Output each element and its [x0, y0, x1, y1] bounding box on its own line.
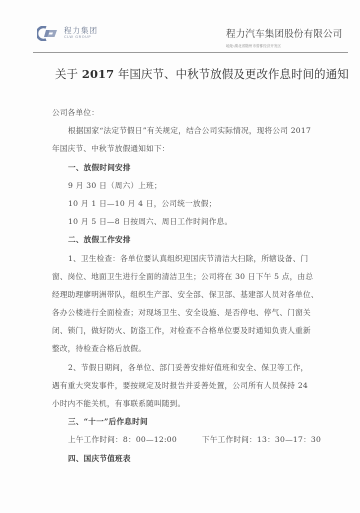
- schedule-line: 10 月 1 日—10 月 4 日，公司统一放假；: [52, 195, 342, 213]
- section-heading-work-arrangement: 二、放假工作安排: [52, 231, 342, 249]
- letterhead-divider: [33, 52, 348, 53]
- document-page: 程力集团 CLW GROUP 程力汽车集团股份有限公司 地址:湖北省随州市曾都经…: [0, 0, 360, 513]
- morning-hours: 上午工作时间：8：00—12:00: [68, 431, 202, 449]
- company-name: 程力汽车集团股份有限公司: [226, 26, 351, 40]
- paragraph-line: 小时内不能关机，有事联系随叫随到。: [52, 395, 342, 413]
- paragraph-line: 遇有重大突发事件，要按规定及时报告并妥善处置，公司所有人员保持 24: [52, 377, 342, 395]
- notice-body: 公司各单位： 根据国家“法定节假日”有关规定，结合公司实际情况，现将公司 201…: [52, 104, 342, 468]
- paragraph-line: 各办公楼进行全面检查；对现场卫生、安全设施、是否停电、停气、门窗关: [52, 304, 342, 322]
- section-heading-holiday-schedule: 一、放假时间安排: [52, 159, 342, 177]
- title-suffix: 年国庆节、中秋节放假及更改作息时间的通知: [118, 67, 349, 81]
- logo-cn-text: 程力集团: [64, 27, 98, 35]
- paragraph-line: 整改，待检查合格后放假。: [52, 340, 342, 358]
- title-prefix: 关于: [55, 67, 78, 81]
- intro-line: 年国庆节、中秋节放假通知如下：: [52, 140, 342, 158]
- section-heading-work-hours: 三、“十一”后作息时间: [52, 413, 342, 431]
- company-info: 程力汽车集团股份有限公司 地址:湖北省随州市曾都经济开发区: [226, 26, 351, 49]
- paragraph-line: 闭、锁门，做好防火、防盗工作，对检查不合格单位要及时通知负责人重新: [52, 322, 342, 340]
- section-heading-duty-roster: 四、国庆节值班表: [52, 450, 342, 468]
- salutation: 公司各单位：: [52, 104, 342, 122]
- work-hours-row: 上午工作时间：8：00—12:00 下午工作时间：13：30—17：30: [52, 431, 342, 449]
- schedule-line: 9 月 30 日（周六）上班；: [52, 177, 342, 195]
- letterhead: 程力集团 CLW GROUP 程力汽车集团股份有限公司 地址:湖北省随州市曾都经…: [0, 0, 360, 56]
- paragraph-line: 2、节假日期间，各单位、部门妥善安排好值班和安全、保卫等工作，: [52, 359, 342, 377]
- company-address: 地址:湖北省随州市曾都经济开发区: [226, 44, 351, 49]
- afternoon-hours: 下午工作时间：13：30—17：30: [202, 431, 321, 449]
- notice-title: 关于 2017 年国庆节、中秋节放假及更改作息时间的通知: [55, 66, 345, 82]
- clw-logo-icon: [37, 26, 59, 41]
- schedule-line: 10 月 5 日—8 日按周六、周日工作时间作息。: [52, 213, 342, 231]
- intro-line: 根据国家“法定节假日”有关规定，结合公司实际情况，现将公司 2017: [52, 122, 342, 140]
- paragraph-line: 1、卫生检查：各单位要认真组织迎国庆节清洁大扫除，所辖设备、门: [52, 250, 342, 268]
- logo-en-text: CLW GROUP: [64, 36, 98, 40]
- paragraph-line: 经理助理廖明洲带队，组织生产部、安全部、保卫部、基建部人员对各单位、: [52, 286, 342, 304]
- title-year: 2017: [82, 67, 114, 81]
- company-logo: 程力集团 CLW GROUP: [37, 26, 98, 41]
- paragraph-line: 窗、岗位、地面卫生进行全面的清洁卫生；公司将在 30 日下午 5 点，由总: [52, 268, 342, 286]
